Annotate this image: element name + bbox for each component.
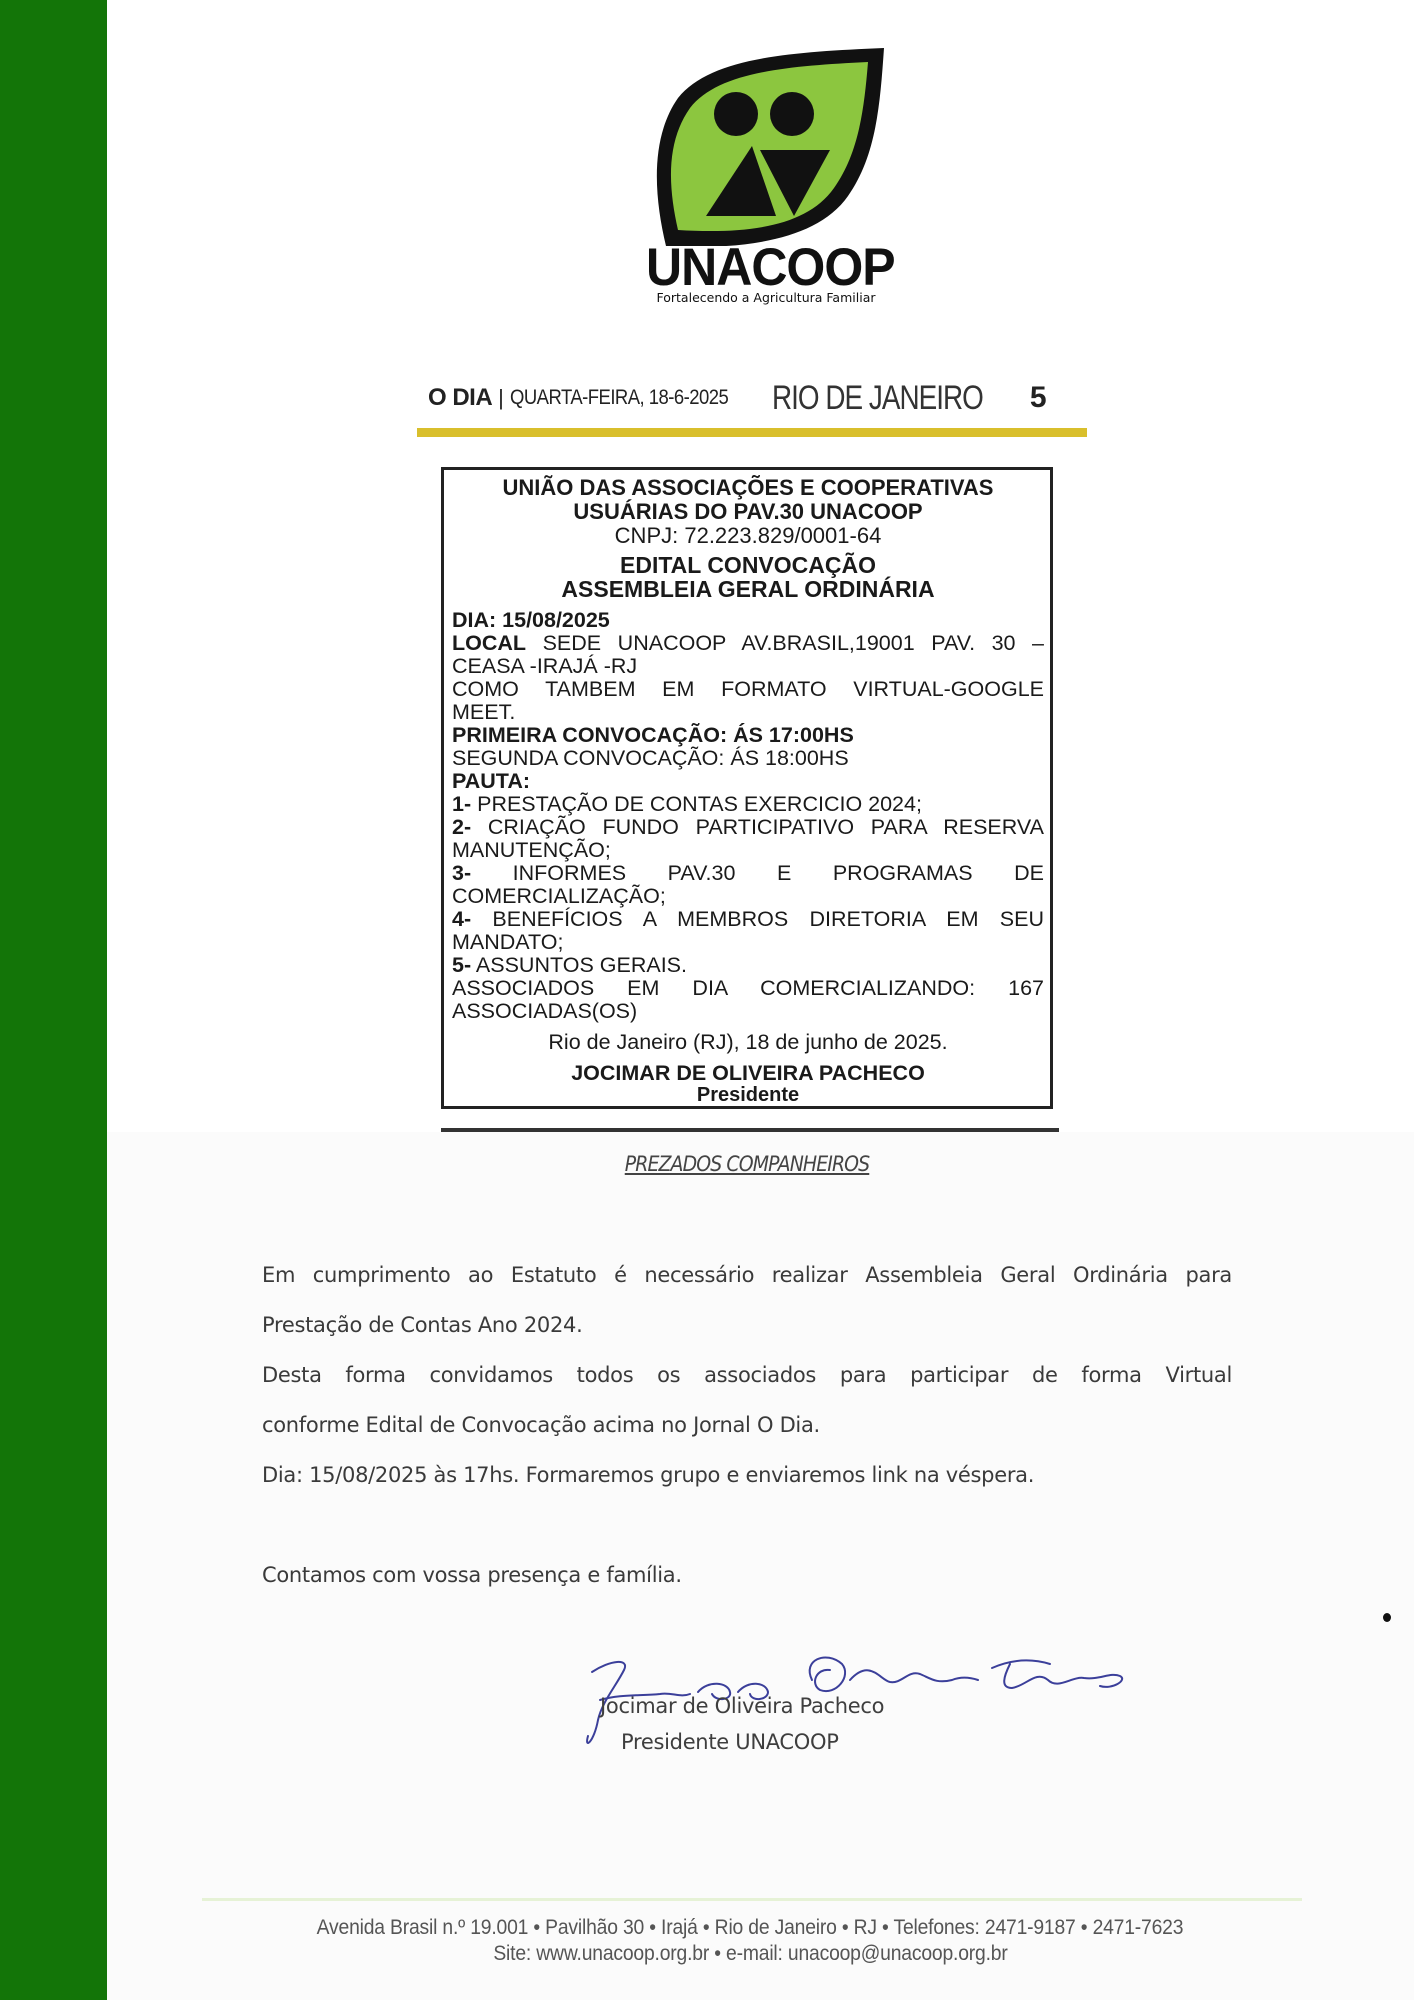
letter-closing: Contamos com vossa presença e família.	[262, 1550, 1232, 1600]
pauta-item: 3- INFORMES PAV.30 E PROGRAMAS DE	[452, 862, 1044, 885]
edital-virtual-line-1: COMO TAMBEM EM FORMATO VIRTUAL-GOOGLE	[452, 678, 1044, 701]
edital-signer: JOCIMAR DE OLIVEIRA PACHECO	[452, 1062, 1044, 1085]
newspaper-header: O DIA | QUARTA-FEIRA, 18-6-2025 RIO DE J…	[428, 375, 1088, 421]
pauta-item: 5- ASSUNTOS GERAIS.	[452, 954, 1044, 977]
gold-divider	[417, 428, 1087, 437]
edital-local-label: LOCAL	[452, 631, 526, 655]
header-separator: |	[498, 385, 504, 411]
newspaper-section: RIO DE JANEIRO	[772, 379, 966, 418]
logo-wordmark: UNACOOP	[646, 237, 886, 298]
edital-org-line-1: UNIÃO DAS ASSOCIAÇÕES E COOPERATIVAS	[452, 476, 1044, 500]
edital-dia: DIA: 15/08/2025	[452, 609, 1044, 632]
pauta-item-continuation: COMERCIALIZAÇÃO;	[452, 885, 1044, 908]
pauta-item: 2- CRIAÇÃO FUNDO PARTICIPATIVO PARA RESE…	[452, 816, 1044, 839]
footer-address: Avenida Brasil n.º 19.001 • Pavilhão 30 …	[317, 1915, 1184, 1941]
edital-associados-line-1: ASSOCIADOS EM DIA COMERCIALIZANDO: 167	[452, 977, 1044, 1000]
edital-org-line-2: USUÁRIAS DO PAV.30 UNACOOP	[452, 500, 1044, 524]
pauta-item-continuation: MANUTENÇÃO;	[452, 839, 1044, 862]
clipping-bottom-rule	[441, 1128, 1059, 1132]
unacoop-leaf-people-logo-icon	[648, 46, 884, 246]
footer-divider	[202, 1898, 1302, 1901]
letter-p2-line-2: conforme Edital de Convocação acima no J…	[262, 1400, 1232, 1450]
edital-signer-role: Presidente	[452, 1085, 1044, 1105]
edital-local-text: SEDE UNACOOP AV.BRASIL,19001 PAV. 30 –	[526, 631, 1044, 655]
edital-segunda-convocacao: SEGUNDA CONVOCAÇÃO: ÁS 18:00HS	[452, 747, 1044, 770]
newspaper-page-number: 5	[1030, 381, 1047, 415]
green-side-bar	[0, 0, 107, 2000]
edital-local-line-1: LOCAL SEDE UNACOOP AV.BRASIL,19001 PAV. …	[452, 632, 1044, 655]
letter-title: PREZADOS COMPANHEIROS	[471, 1152, 1024, 1176]
letter-body: Em cumprimento ao Estatuto é necessário …	[262, 1250, 1232, 1600]
signature-name: Jocimar de Oliveira Pacheco	[600, 1694, 884, 1718]
pauta-item-continuation: MANDATO;	[452, 931, 1044, 954]
scan-speck	[1383, 1613, 1391, 1622]
signature-block: Jocimar de Oliveira Pacheco Presidente U…	[580, 1650, 1140, 1770]
edital-title-line-1: EDITAL CONVOCAÇÃO	[452, 553, 1044, 577]
footer-contact: Site: www.unacoop.org.br • e-mail: unaco…	[493, 1941, 1007, 1967]
footer: Avenida Brasil n.º 19.001 • Pavilhão 30 …	[180, 1915, 1320, 1967]
edital-box: UNIÃO DAS ASSOCIAÇÕES E COOPERATIVAS USU…	[441, 467, 1053, 1109]
newspaper-name: O DIA	[428, 384, 492, 412]
letter-p3: Dia: 15/08/2025 às 17hs. Formaremos grup…	[262, 1450, 1232, 1500]
newspaper-date: QUARTA-FEIRA, 18-6-2025	[510, 386, 741, 410]
letter-p1-line-1: Em cumprimento ao Estatuto é necessário …	[262, 1250, 1232, 1300]
letter-p1-line-2: Prestação de Contas Ano 2024.	[262, 1300, 1232, 1350]
edital-title-line-2: ASSEMBLEIA GERAL ORDINÁRIA	[452, 577, 1044, 601]
edital-body: DIA: 15/08/2025 LOCAL SEDE UNACOOP AV.BR…	[452, 609, 1044, 1023]
letter-p2-line-1: Desta forma convidamos todos os associad…	[262, 1350, 1232, 1400]
edital-place-date: Rio de Janeiro (RJ), 18 de junho de 2025…	[452, 1031, 1044, 1054]
pauta-item: 4- BENEFÍCIOS A MEMBROS DIRETORIA EM SEU	[452, 908, 1044, 931]
edital-primeira-convocacao: PRIMEIRA CONVOCAÇÃO: ÁS 17:00HS	[452, 724, 1044, 747]
signature-role: Presidente UNACOOP	[621, 1730, 839, 1754]
edital-pauta-label: PAUTA:	[452, 770, 1044, 793]
edital-cnpj: CNPJ: 72.223.829/0001-64	[452, 524, 1044, 548]
edital-associados-line-2: ASSOCIADAS(OS)	[452, 1000, 1044, 1023]
pauta-item: 1- PRESTAÇÃO DE CONTAS EXERCICIO 2024;	[452, 793, 1044, 816]
edital-virtual-line-2: MEET.	[452, 701, 1044, 724]
logo-tagline: Fortalecendo a Agricultura Familiar	[640, 290, 892, 305]
edital-local-line-2: CEASA -IRAJÁ -RJ	[452, 655, 1044, 678]
